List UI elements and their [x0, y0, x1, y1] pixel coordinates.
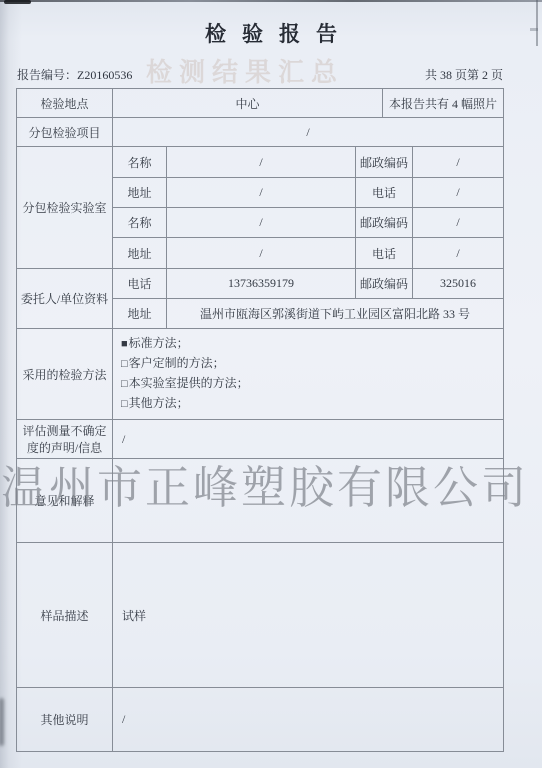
lab-address-label: 地址: [113, 178, 167, 208]
client-address-value: 温州市瓯海区郭溪街道下屿工业园区富阳北路 33 号: [167, 299, 504, 329]
page-count: 共 38 页第 2 页: [425, 66, 503, 83]
lab-name-value: /: [167, 147, 356, 178]
sample-description-value: 试样: [113, 543, 504, 688]
client-postal-label: 邮政编码: [356, 269, 413, 299]
table-row: 分包检验实验室 名称 / 邮政编码 /: [17, 147, 504, 178]
lab-postal2-value: /: [413, 208, 504, 238]
subcontract-item-label: 分包检验项目: [17, 118, 113, 147]
opinion-label: 意见和解释: [17, 459, 113, 543]
table-row: 其他说明 /: [17, 688, 504, 752]
scan-top-edge-artifact: [0, 0, 542, 2]
method-option-label: 其他方法；: [129, 396, 189, 410]
lab-postal-label: 邮政编码: [356, 147, 413, 178]
table-row: 样品描述 试样: [17, 543, 504, 688]
other-notes-value: /: [113, 688, 504, 752]
table-row: 检验地点 中心 本报告共有 4 幅照片: [17, 89, 504, 118]
client-info-label: 委托人/单位资料: [17, 269, 113, 329]
method-option-standard: ■标准方法；: [121, 334, 495, 354]
lab-phone-label: 电话: [356, 178, 413, 208]
uncertainty-value: /: [113, 420, 504, 459]
client-address-label: 地址: [113, 299, 167, 329]
location-label: 检验地点: [17, 89, 113, 118]
lab-address2-value: /: [167, 238, 356, 269]
sample-description-label: 样品描述: [17, 543, 113, 688]
method-option-customer: □客户定制的方法；: [121, 354, 495, 374]
lab-phone2-label: 电话: [356, 238, 413, 269]
report-meta-line: 报告编号：Z20160536 共 38 页第 2 页: [17, 66, 503, 83]
table-row: 采用的检验方法 ■标准方法； □客户定制的方法； □本实验室提供的方法； □其他…: [17, 329, 504, 420]
method-option-label: 标准方法；: [129, 336, 189, 350]
lab-phone2-value: /: [413, 238, 504, 269]
method-option-label: 本实验室提供的方法；: [129, 376, 249, 390]
report-number: 报告编号：Z20160536: [17, 66, 132, 83]
methods-options: ■标准方法； □客户定制的方法； □本实验室提供的方法； □其他方法；: [113, 329, 504, 420]
scan-bottom-smudge-artifact: [0, 698, 4, 746]
checkbox-unchecked-icon: □: [121, 398, 128, 410]
lab-phone-value: /: [413, 178, 504, 208]
lab-name-label: 名称: [113, 147, 167, 178]
method-option-label: 客户定制的方法；: [129, 356, 225, 370]
subcontract-lab-label: 分包检验实验室: [17, 147, 113, 269]
checkbox-unchecked-icon: □: [121, 378, 128, 390]
client-phone-label: 电话: [113, 269, 167, 299]
methods-label: 采用的检验方法: [17, 329, 113, 420]
table-row: 分包检验项目 /: [17, 118, 504, 147]
method-option-lab-provided: □本实验室提供的方法；: [121, 374, 495, 394]
lab-name2-value: /: [167, 208, 356, 238]
lab-address-value: /: [167, 178, 356, 208]
subcontract-item-value: /: [113, 118, 504, 147]
location-value: 中心: [113, 89, 383, 118]
checkbox-checked-icon: ■: [121, 338, 128, 350]
table-row: 委托人/单位资料 电话 13736359179 邮政编码 325016: [17, 269, 504, 299]
method-option-other: □其他方法；: [121, 394, 495, 414]
client-postal-value: 325016: [413, 269, 504, 299]
other-notes-label: 其他说明: [17, 688, 113, 752]
scan-corner-mark-artifact: [530, 28, 538, 31]
scan-ink-blob-artifact: [4, 0, 31, 4]
document-title: 检验报告: [0, 18, 542, 48]
scan-right-edge-artifact: [536, 0, 538, 46]
opinion-value: [113, 459, 504, 543]
table-row: 意见和解释: [17, 459, 504, 543]
checkbox-unchecked-icon: □: [121, 358, 128, 370]
lab-address2-label: 地址: [113, 238, 167, 269]
lab-name2-label: 名称: [113, 208, 167, 238]
uncertainty-label: 评估测量不确定度的声明/信息: [17, 420, 113, 459]
table-row: 评估测量不确定度的声明/信息 /: [17, 420, 504, 459]
photos-note: 本报告共有 4 幅照片: [383, 89, 504, 118]
lab-postal-value: /: [413, 147, 504, 178]
lab-postal2-label: 邮政编码: [356, 208, 413, 238]
client-phone-value: 13736359179: [167, 269, 356, 299]
inspection-report-table: 检验地点 中心 本报告共有 4 幅照片 分包检验项目 / 分包检验实验室 名称 …: [16, 88, 504, 752]
